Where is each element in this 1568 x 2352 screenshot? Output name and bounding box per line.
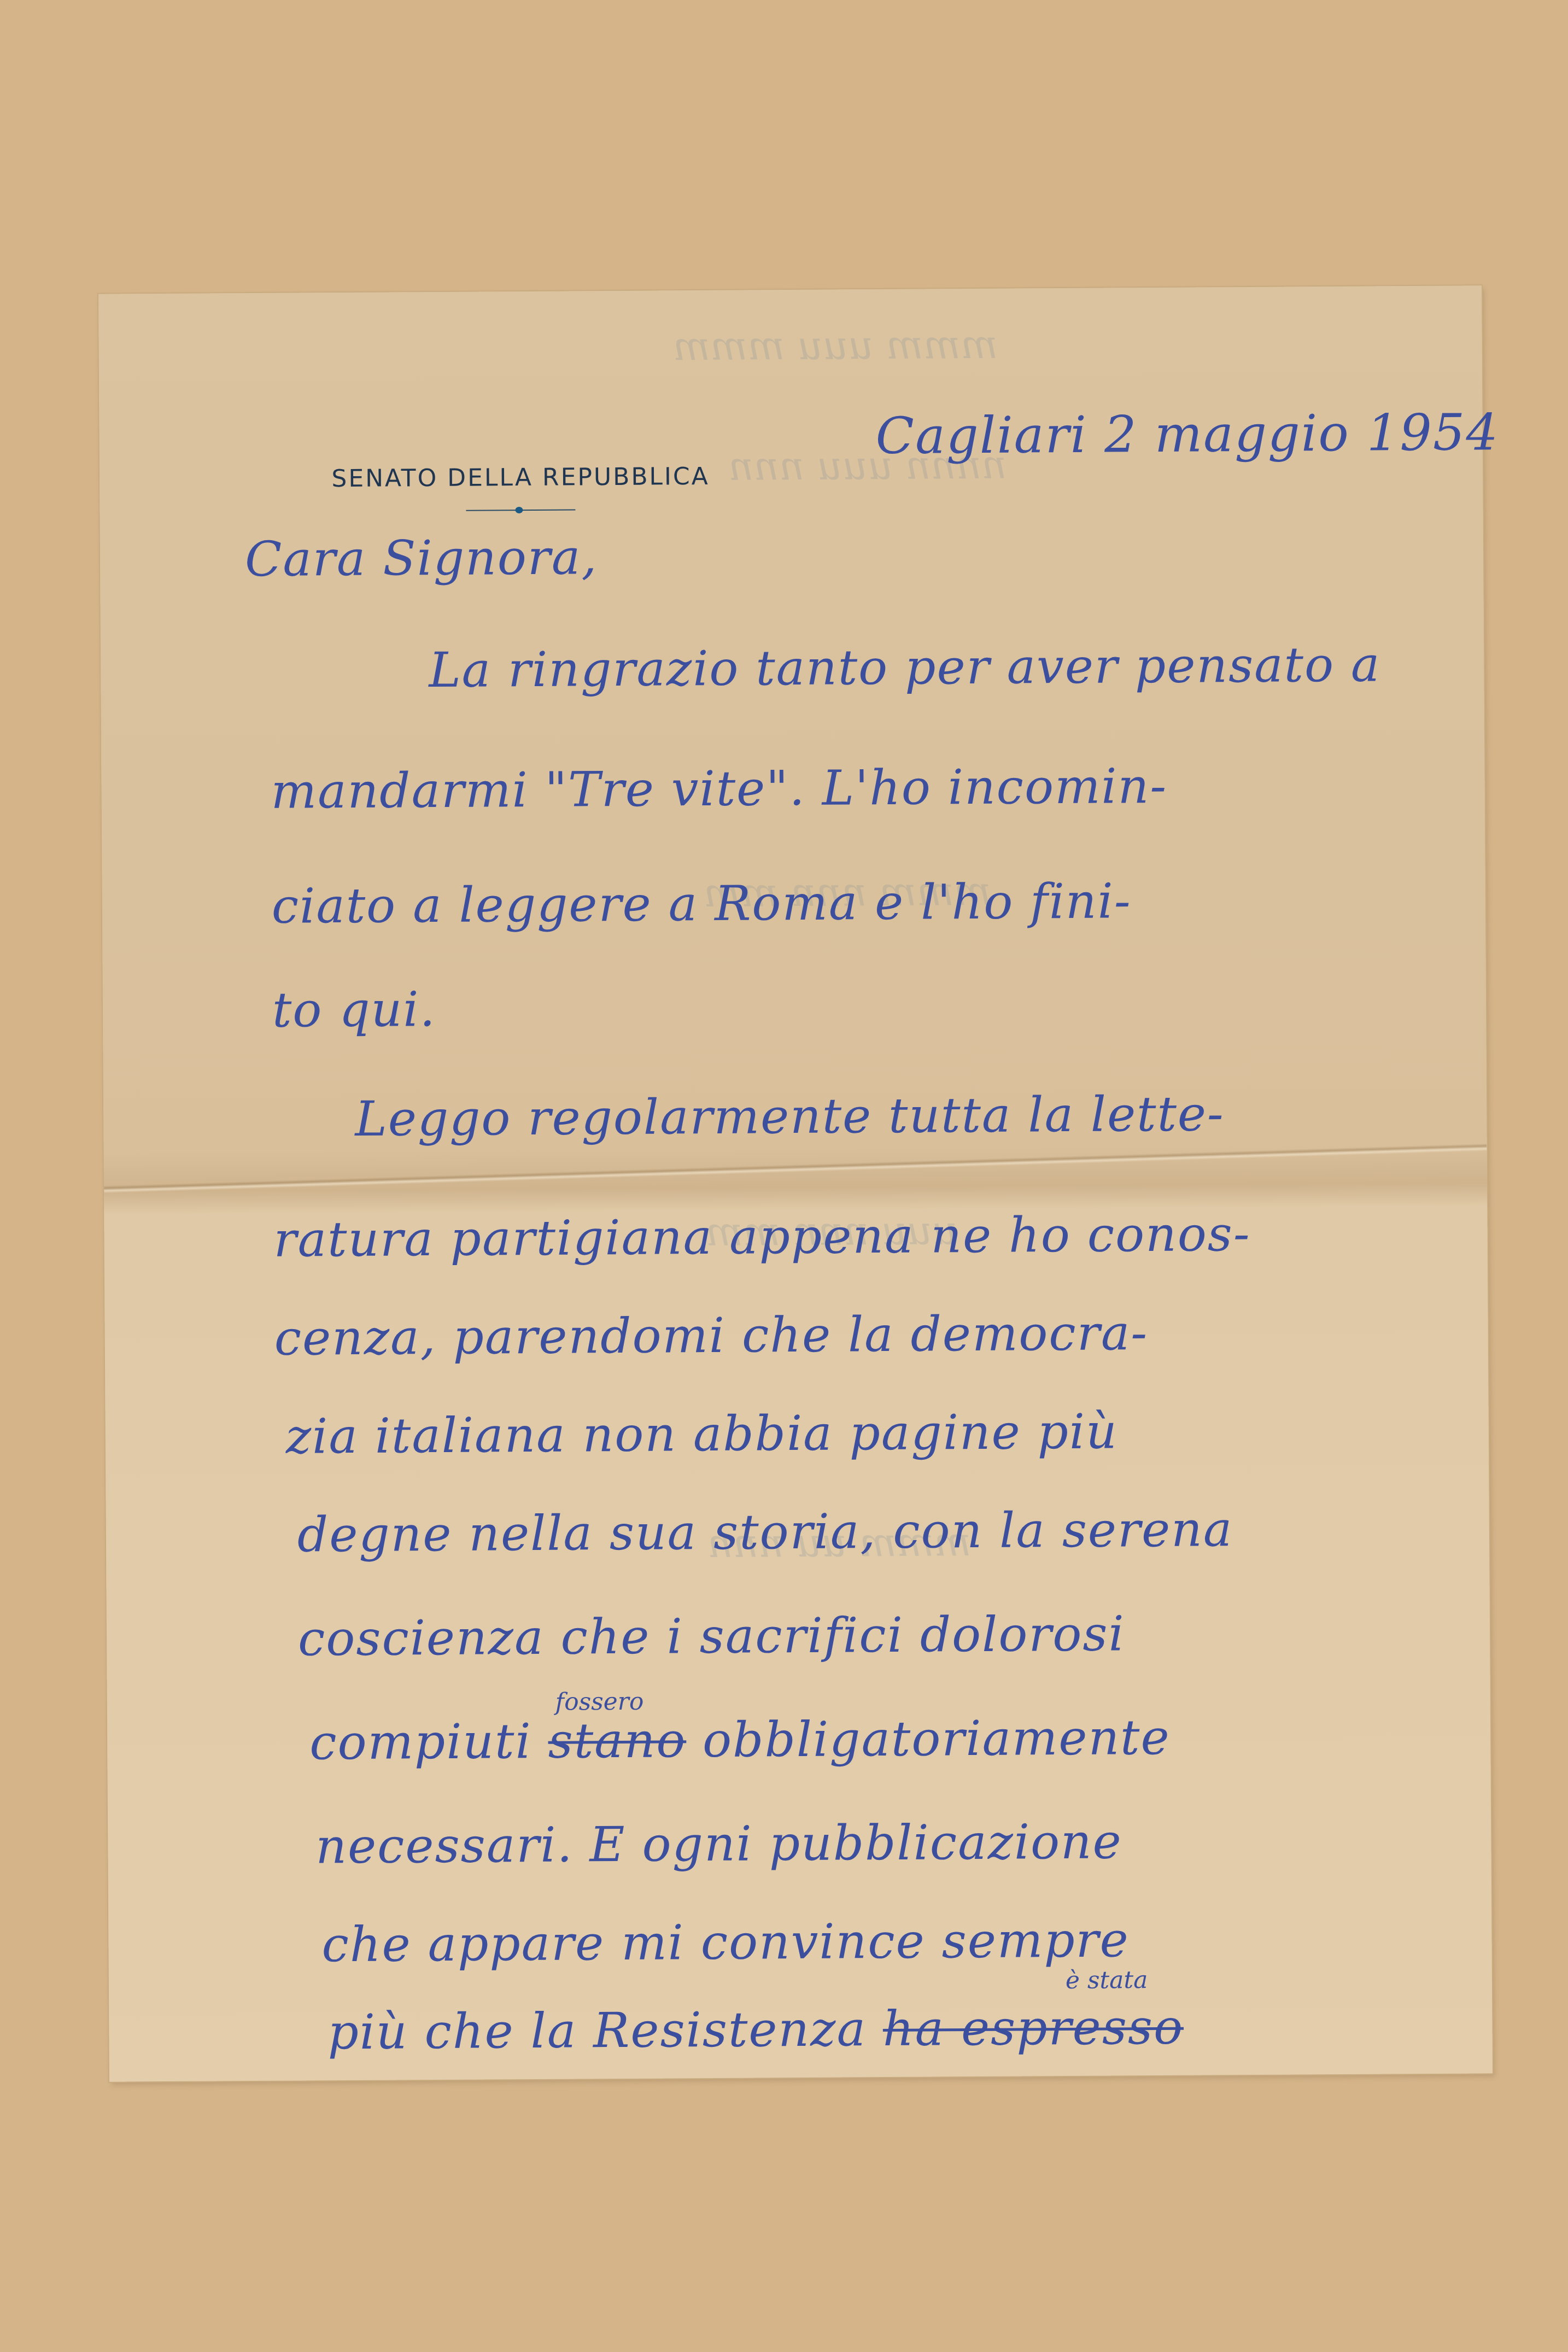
struck-word: stano xyxy=(548,1712,686,1769)
body-line: cenza, parendomi che la democra- xyxy=(274,1304,1148,1366)
struck-word: ha espresso xyxy=(883,1999,1184,2057)
body-line: necessari. E ogni pubblicazione xyxy=(315,1813,1122,1874)
letterhead: SENATO DELLA REPUBBLICA xyxy=(269,462,773,515)
letterhead-title: SENATO DELLA REPUBBLICA xyxy=(269,462,772,493)
body-line: coscienza che i sacrifici dolorosi xyxy=(298,1605,1125,1666)
body-line: ratura partigiana appena ne ho conos- xyxy=(273,1206,1251,1268)
word: obbligatoriamente xyxy=(686,1709,1171,1768)
body-line: to qui. xyxy=(272,981,436,1038)
body-line: mandarmi "Tre vite". L'ho incomin- xyxy=(271,758,1167,820)
body-line: degne nella sua storia, con la serena xyxy=(297,1501,1233,1563)
body-line: che appare mi convince sempre xyxy=(321,1911,1130,1973)
body-line-with-correction: compiuti stano obbligatoriamente xyxy=(309,1709,1171,1771)
body-line: La ringrazio tanto per aver pensato a xyxy=(429,636,1381,698)
letter-sheet: mmm uuu mmm nnnn uuu nnn mmm nnn mm uuu … xyxy=(98,285,1493,2081)
body-line-with-correction: più che la Resistenza ha espresso xyxy=(327,1999,1184,2061)
reverse-bleed-text: mmm uuu mmm xyxy=(672,321,998,370)
word: più che la Resistenza xyxy=(327,2000,883,2060)
date-line: Cagliari 2 maggio 1954 xyxy=(875,403,1499,465)
body-line: zia italiana non abbia pagine più xyxy=(285,1403,1118,1464)
body-line: ciato a leggere a Roma e l'ho fini- xyxy=(272,873,1132,934)
salutation: Cara Signora, xyxy=(245,529,598,587)
paper-fold-crease xyxy=(104,1143,1487,1193)
letterhead-ornament-icon xyxy=(466,506,575,513)
correction-insert: è stata xyxy=(1066,1966,1148,1994)
word: compiuti xyxy=(309,1713,548,1771)
body-line: Leggo regolarmente tutta la lette- xyxy=(355,1085,1225,1147)
